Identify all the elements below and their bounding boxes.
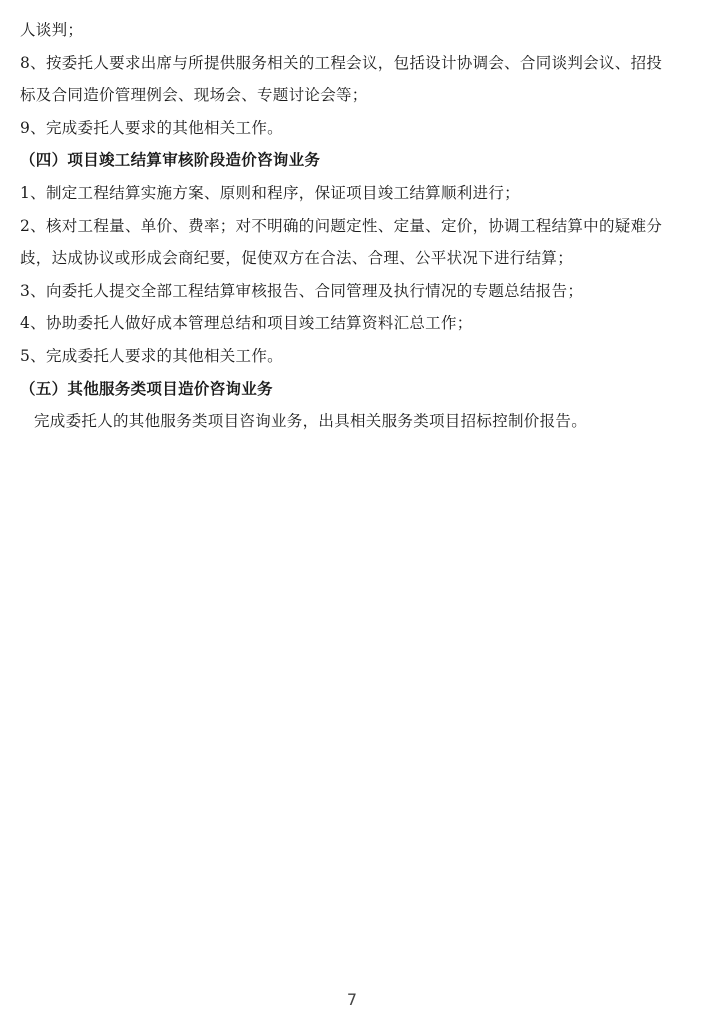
- section-5-paragraph: 完成委托人的其他服务类项目咨询业务，出具相关服务类项目招标控制价报告。: [20, 405, 690, 438]
- list-item-3: 3、向委托人提交全部工程结算审核报告、合同管理及执行情况的专题总结报告；: [20, 275, 690, 308]
- list-item-2: 2、核对工程量、单价、费率；对不明确的问题定性、定量、定价，协调工程结算中的疑难…: [20, 210, 690, 243]
- page-number: 7: [0, 990, 704, 1009]
- section-heading-4: （四）项目竣工结算审核阶段造价咨询业务: [20, 144, 690, 177]
- list-item-4: 4、协助委托人做好成本管理总结和项目竣工结算资料汇总工作；: [20, 307, 690, 340]
- list-item-8: 8、按委托人要求出席与所提供服务相关的工程会议，包括设计协调会、合同谈判会议、招…: [20, 47, 690, 80]
- list-item-1: 1、制定工程结算实施方案、原则和程序，保证项目竣工结算顺利进行；: [20, 177, 690, 210]
- section-heading-5: （五）其他服务类项目造价咨询业务: [20, 373, 690, 406]
- list-item-2-continued: 歧，达成协议或形成会商纪要，促使双方在合法、合理、公平状况下进行结算；: [20, 242, 690, 275]
- document-page: 人谈判； 8、按委托人要求出席与所提供服务相关的工程会议，包括设计协调会、合同谈…: [20, 14, 690, 438]
- paragraph-line: 人谈判；: [20, 14, 690, 47]
- list-item-5: 5、完成委托人要求的其他相关工作。: [20, 340, 690, 373]
- list-item-8-continued: 标及合同造价管理例会、现场会、专题讨论会等；: [20, 79, 690, 112]
- list-item-9: 9、完成委托人要求的其他相关工作。: [20, 112, 690, 145]
